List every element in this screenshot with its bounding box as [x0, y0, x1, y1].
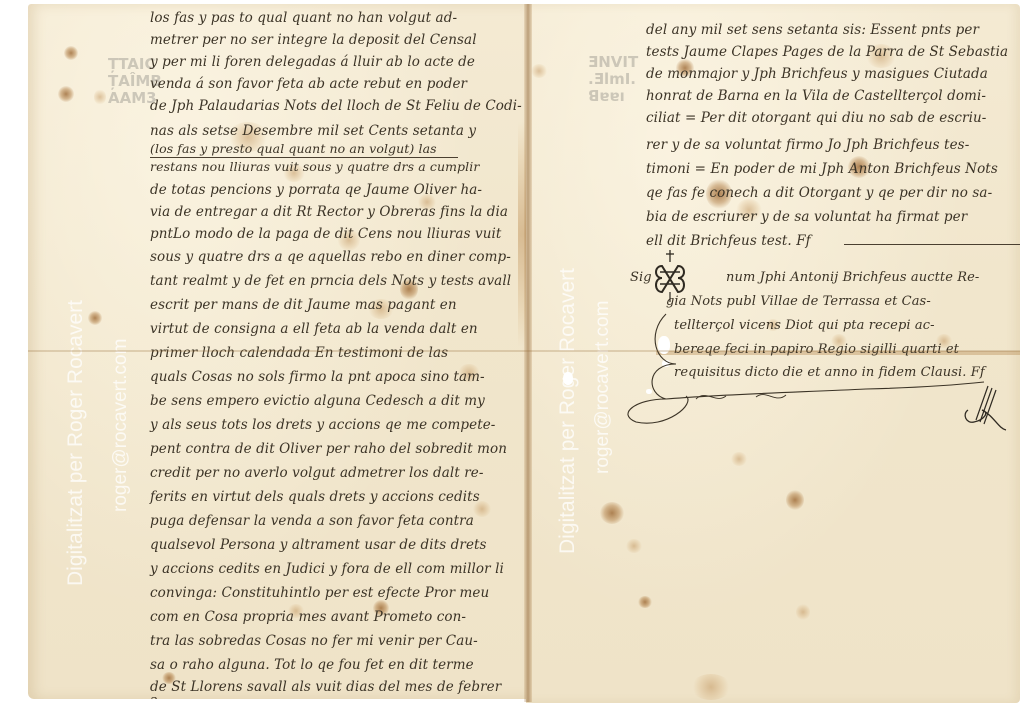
text-line: sa o raho alguna. Tot lo qe fou fet en d…: [150, 657, 474, 673]
text-line: metrer per no ser integre la deposit del…: [150, 32, 477, 48]
text-line: bia de escriurer y de sa voluntat ha fir…: [646, 209, 967, 225]
text-line: restans nou lliuras vuit sous y quatre d…: [150, 159, 479, 174]
right-page: ƎNVIT .ƎlmI. ꓭɐɐı Digitalitzat per Roger…: [526, 4, 1020, 703]
text-line: be sens empero evictio alguna Cedesch a …: [150, 393, 485, 409]
text-line: ell dit Brichfeus test. Ff: [646, 233, 811, 249]
text-line: de Jph Palaudarias Nots del lloch de St …: [150, 98, 522, 114]
stain: [786, 490, 804, 510]
text-line: qe fas fe conech a dit Otorgant y qe per…: [646, 185, 992, 201]
text-line: venda á son favor feta ab acte rebut en …: [150, 76, 467, 92]
watermark-line-2: roger@rocavert.com: [110, 339, 132, 512]
text-line: tant realmt y de fet en prncia dels Nots…: [150, 273, 511, 289]
document-spread: ȚTAIC ȚAÎMB AAM3 Digitalitzat per Roger …: [0, 0, 1024, 705]
text-line: quals Cosas no sols firmo la pnt apoca s…: [150, 369, 485, 385]
text-line: pent contra de dit Oliver per raho del s…: [150, 441, 507, 457]
closing-rule: [844, 244, 1020, 245]
text-line: credit per no averlo volgut admetrer los…: [150, 465, 484, 481]
watermark-line-1: Digitalitzat per Roger Rocavert: [556, 268, 580, 554]
text-line: nas als setse Desembre mil set Cents set…: [150, 123, 476, 139]
text-line: de totas pencions y porrata qe Jaume Oli…: [150, 182, 482, 198]
text-line: virtut de consigna a ell feta ab la vend…: [150, 321, 478, 337]
stain: [796, 604, 810, 620]
signature-flourish-icon: [606, 304, 986, 434]
text-line: qualsevol Persona y altrament usar de di…: [150, 537, 487, 553]
stain: [58, 86, 74, 102]
text-line: tra las sobredas Cosas no fer mi venir p…: [150, 633, 478, 649]
text-line-inserted: (los fas y presto qual quant no an volgu…: [150, 141, 437, 156]
watermark-line-1: Digitalitzat per Roger Rocavert: [64, 300, 88, 586]
signum-line: num Jphi Antonij Brichfeus auctte Re-: [726, 270, 979, 285]
stain: [88, 311, 102, 325]
stain: [626, 539, 642, 553]
text-line: tests Jaume Clapes Pages de la Parra de …: [646, 44, 1008, 60]
text-line: de monmajor y Jph Brichfeus y masigues C…: [646, 66, 988, 82]
stain: [638, 596, 652, 608]
text-line: y als seus tots los drets y accions qe m…: [150, 417, 495, 433]
text-line: honrat de Barna en la Vila de Castellter…: [646, 88, 986, 104]
text-line: escrit per mans de dit Jaume mas pagant …: [150, 297, 457, 313]
text-line: convinga: Constituhintlo per est efecte …: [150, 585, 489, 601]
text-line: ciliat = Per dit otorgant qui diu no sab…: [646, 110, 986, 126]
stain: [94, 89, 106, 105]
notary-rubric-icon: [958, 384, 1008, 432]
text-line: de St Llorens savall als vuit dias del m…: [150, 679, 501, 695]
text-line: com en Cosa propria mes avant Prometo co…: [150, 609, 466, 625]
stain: [531, 64, 547, 78]
signum-prefix: Sig: [630, 270, 652, 285]
stain: [64, 46, 78, 60]
stain: [600, 502, 624, 524]
text-line: y per mi li foren delegadas á lluir ab l…: [150, 54, 475, 70]
text-line: los fas y pas to qual quant no han volgu…: [150, 10, 457, 26]
text-line: via de entregar a dit Rt Rector y Obrera…: [150, 204, 508, 220]
page-catchword: 2: [150, 695, 158, 699]
text-line: timoni = En poder de mi Jph Anton Brichf…: [646, 161, 998, 177]
bleed-through-stamp: ƎNVIT .ƎlmI. ꓭɐɐı: [588, 54, 638, 105]
text-line: del any mil set sens setanta sis: Essent…: [646, 22, 979, 38]
text-line: rer y de sa voluntat firmo Jo Jph Brichf…: [646, 137, 969, 153]
text-line: puga defensar la venda a son favor feta …: [150, 513, 474, 529]
text-line: ferits en virtut dels quals drets y acci…: [150, 489, 480, 505]
underline: [150, 157, 458, 158]
stain: [691, 674, 731, 700]
text-line: y accions cedits en Judici y fora de ell…: [150, 561, 504, 577]
text-line: primer lloch calendada En testimoni de l…: [150, 345, 448, 361]
book-gutter-fold: [524, 4, 532, 702]
horizontal-crease: [28, 350, 1020, 352]
text-line: pntLo modo de la paga de dit Cens nou ll…: [150, 226, 501, 242]
text-line: sous y quatre drs a qe aquellas rebo en …: [150, 249, 511, 265]
stain: [731, 452, 747, 466]
